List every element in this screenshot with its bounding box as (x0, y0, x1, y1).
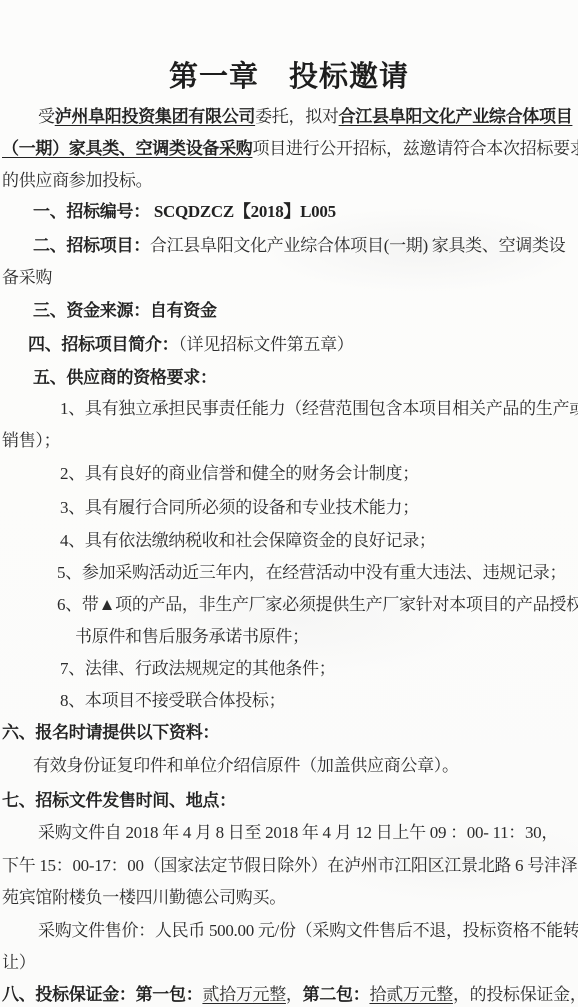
text-line-12: 2、具有良好的商业信誉和健全的财务会计制度； (60, 463, 419, 484)
text-line-23: 采购文件自 2018 年 4 月 8 日至 2018 年 4 月 12 日上午 … (38, 822, 558, 843)
text-line-8: 四、招标项目简介：（详见招标文件第五章） (28, 334, 354, 355)
text-segment: 6、带▲项的产品，非生产厂家必须提供生产厂家针对本项目的产品授权 (57, 595, 578, 614)
text-segment: 三、资金来源： (33, 301, 150, 320)
text-segment: 二、招标项目： (33, 236, 150, 255)
text-line-26: 采购文件售价：人民币 500.00 元/份（采购文件售后不退，投标资格不能转 (38, 920, 578, 941)
text-segment: 四、招标项目简介： (28, 335, 178, 354)
text-line-1: 受泸州阜阳投资集团有限公司委托，拟对合江县阜阳文化产业综合体项目 (38, 106, 572, 127)
text-segment: 八、投标保证金： (2, 985, 136, 1004)
text-line-16: 6、带▲项的产品，非生产厂家必须提供生产厂家针对本项目的产品授权 (57, 594, 578, 615)
text-segment: 第二包： (303, 985, 370, 1004)
text-segment: 苑宾馆附楼负一楼四川勤德公司购买。 (2, 888, 286, 907)
text-segment: 自有资金 (150, 301, 217, 320)
text-segment: 3、具有履行合同所必须的设备和专业技术能力； (60, 498, 419, 517)
text-line-22: 七、招标文件发售时间、地点： (2, 790, 236, 811)
text-line-9: 五、供应商的资格要求： (33, 367, 217, 388)
text-line-24: 下午 15：00-17：00（国家法定节假日除外）在泸州市江阳区江景北路 6 号… (2, 855, 577, 876)
text-segment: 7、法律、行政法规规定的其他条件； (60, 659, 335, 678)
text-segment: 一、招标编号： SCQDZCZ【2018】L005 (33, 202, 336, 221)
text-line-19: 8、本项目不接受联合体投标； (60, 690, 285, 711)
text-line-17: 书原件和售后服务承诺书原件； (75, 626, 309, 647)
text-line-5: 二、招标项目：合江县阜阳文化产业综合体项目(一期) 家具类、空调类设 (33, 235, 565, 256)
text-segment: 的供应商参加投标。 (2, 171, 152, 190)
text-segment: 第一包： (136, 985, 203, 1004)
text-segment: 让） (2, 953, 35, 972)
underlined-text: 合江县阜阳文化产业综合体项目 (339, 107, 573, 126)
text-segment: 采购文件自 2018 年 4 月 8 日至 2018 年 4 月 12 日上午 … (38, 823, 558, 842)
text-line-10: 1、具有独立承担民事责任能力（经营范围包含本项目相关产品的生产或 (60, 398, 578, 419)
text-segment: 项目进行公开招标，兹邀请符合本次招标要求 (253, 139, 578, 158)
text-segment: 销售）； (2, 431, 60, 450)
text-segment: 2、具有良好的商业信誉和健全的财务会计制度； (60, 464, 419, 483)
text-line-27: 让） (2, 952, 35, 973)
text-segment: 五、供应商的资格要求： (33, 368, 217, 387)
text-line-18: 7、法律、行政法规规定的其他条件； (60, 658, 335, 679)
text-line-11: 销售）； (2, 430, 60, 451)
text-line-2: （一期）家具类、空调类设备采购项目进行公开招标，兹邀请符合本次招标要求 (2, 138, 578, 159)
text-segment: 1、具有独立承担民事责任能力（经营范围包含本项目相关产品的生产或 (60, 399, 578, 418)
text-line-13: 3、具有履行合同所必须的设备和专业技术能力； (60, 497, 419, 518)
text-segment: 下午 15：00-17：00（国家法定节假日除外）在泸州市江阳区江景北路 6 号… (2, 856, 577, 875)
text-segment: 有效身份证复印件和单位介绍信原件（加盖供应商公章）。 (33, 756, 459, 775)
underlined-text: 贰拾万元整 (202, 985, 286, 1004)
text-line-3: 的供应商参加投标。 (2, 170, 152, 191)
text-segment: ， (286, 985, 303, 1004)
text-line-20: 六、报名时请提供以下资料： (2, 722, 219, 743)
underlined-text: （一期）家具类、空调类设备采购 (2, 139, 253, 158)
text-segment: 书原件和售后服务承诺书原件； (75, 627, 309, 646)
text-segment: 4、具有依法缴纳税收和社会保障资金的良好记录； (60, 531, 436, 550)
text-segment: 受 (38, 107, 55, 126)
text-segment: ，的投标保证金， (453, 985, 578, 1004)
text-segment: 合江县阜阳文化产业综合体项目(一期) 家具类、空调类设 (150, 236, 565, 255)
text-line-14: 4、具有依法缴纳税收和社会保障资金的良好记录； (60, 530, 436, 551)
text-segment: 5、参加采购活动近三年内，在经营活动中没有重大违法、违规记录； (57, 563, 566, 582)
underlined-text: 泸州阜阳投资集团有限公司 (55, 107, 255, 126)
text-segment: 七、招标文件发售时间、地点： (2, 791, 236, 810)
text-line-4: 一、招标编号： SCQDZCZ【2018】L005 (33, 201, 336, 222)
text-line-6: 备采购 (2, 267, 52, 288)
text-line-28: 八、投标保证金：第一包：贰拾万元整，第二包：拾贰万元整，的投标保证金， (2, 984, 578, 1005)
text-segment: 六、报名时请提供以下资料： (2, 723, 219, 742)
text-line-25: 苑宾馆附楼负一楼四川勤德公司购买。 (2, 887, 286, 908)
text-line-21: 有效身份证复印件和单位介绍信原件（加盖供应商公章）。 (33, 755, 459, 776)
text-segment: （详见招标文件第五章） (178, 335, 353, 354)
page-title: 第一章 投标邀请 (0, 54, 578, 95)
text-segment: 8、本项目不接受联合体投标； (60, 691, 285, 710)
text-segment: 采购文件售价：人民币 500.00 元/份（采购文件售后不退，投标资格不能转 (38, 921, 578, 940)
text-segment: 备采购 (2, 268, 52, 287)
text-line-7: 三、资金来源：自有资金 (33, 300, 217, 321)
text-line-15: 5、参加采购活动近三年内，在经营活动中没有重大违法、违规记录； (57, 562, 566, 583)
document-page: 第一章 投标邀请 受泸州阜阳投资集团有限公司委托，拟对合江县阜阳文化产业综合体项… (0, 0, 578, 1007)
text-segment: 委托，拟对 (255, 107, 339, 126)
underlined-text: 拾贰万元整 (369, 985, 453, 1004)
